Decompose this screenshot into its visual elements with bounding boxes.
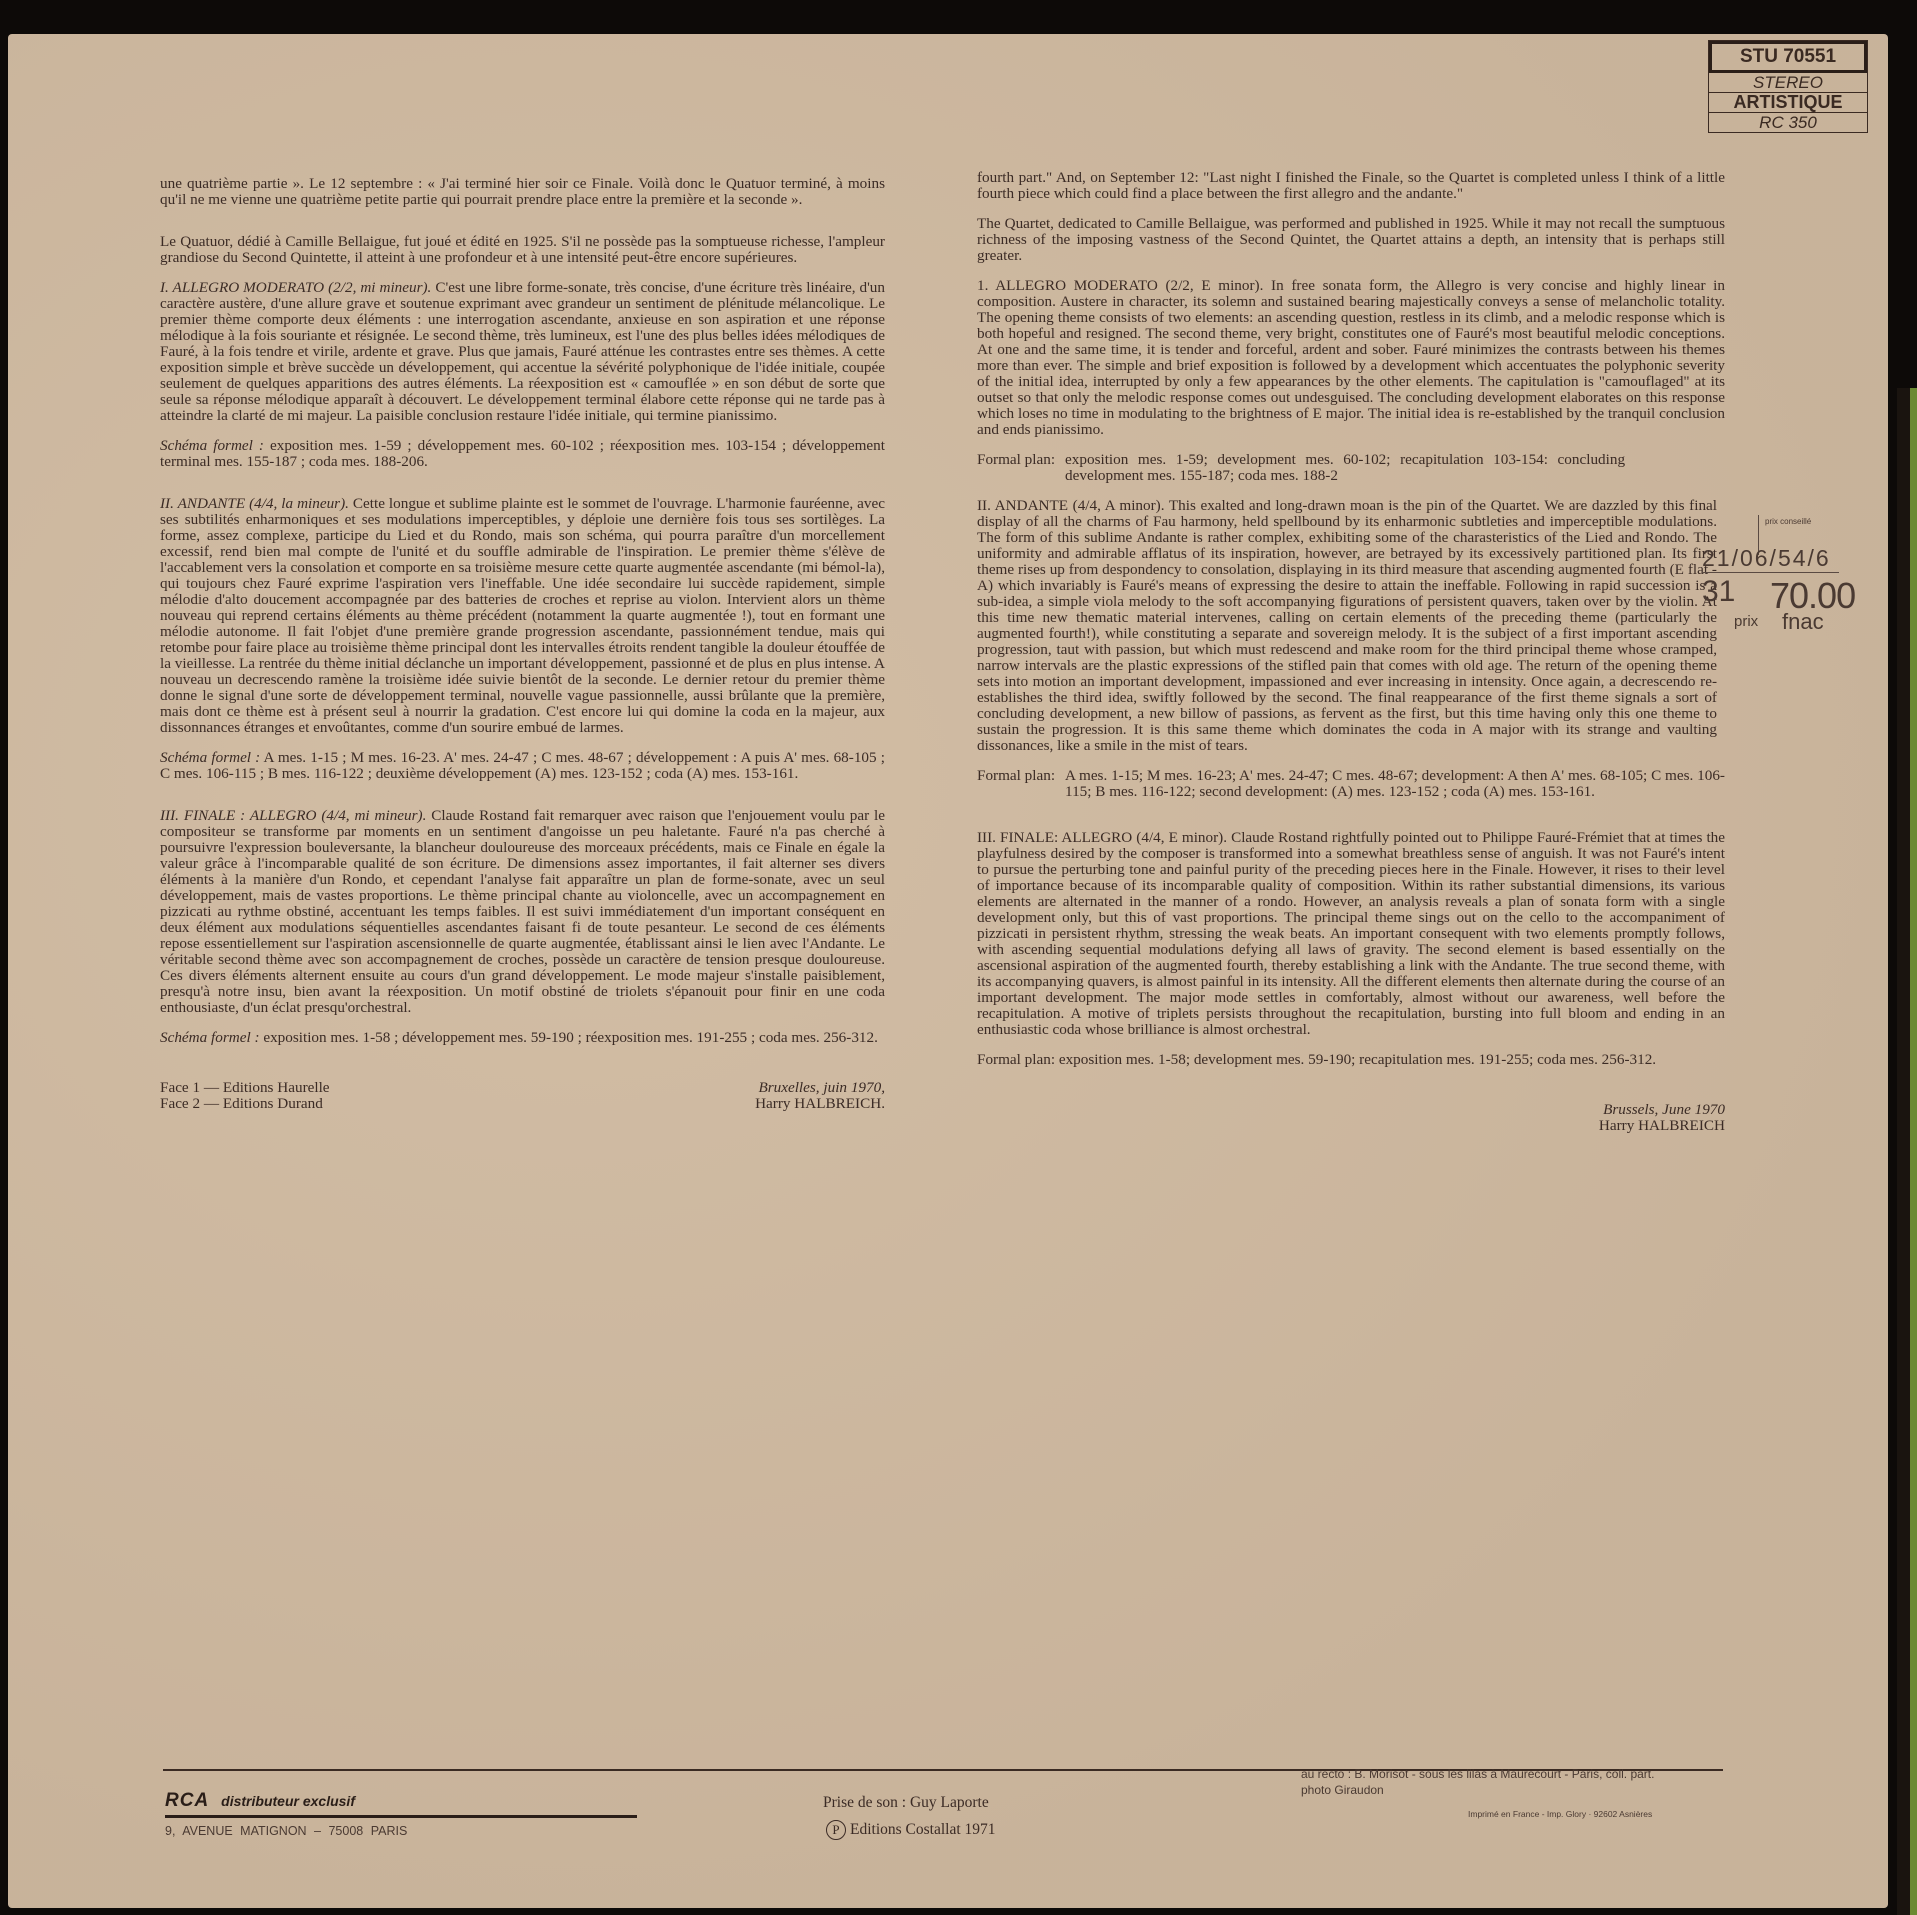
fr-intro-1: une quatrième partie ». Le 12 septembre … xyxy=(160,176,885,208)
fr-mvt3-schema: Schéma formel : exposition mes. 1-58 ; d… xyxy=(160,1030,885,1046)
rca-logo: RCA xyxy=(165,1790,209,1811)
en-mvt1-plan: Formal plan: exposition mes. 1-59; devel… xyxy=(977,452,1725,484)
fr-mvt3-text: Claude Rostand fait remarquer avec raiso… xyxy=(160,807,885,1016)
rca-address: 9, AVENUE MATIGNON – 75008 PARIS xyxy=(165,1824,637,1838)
publisher-credit: P Editions Costallat 1971 xyxy=(826,1820,996,1840)
publisher-name: Editions Costallat 1971 xyxy=(850,1821,996,1839)
fr-mvt1-schema: Schéma formel : exposition mes. 1-59 ; d… xyxy=(160,438,885,470)
fr-mvt2-text: Cette longue et sublime plainte est le s… xyxy=(160,495,885,736)
en-mvt1-text: In free sonata form, the Allegro is very… xyxy=(977,277,1725,438)
en-mvt1: 1. ALLEGRO MODERATO (2/2, E minor). In f… xyxy=(977,278,1725,438)
fr-mvt2: II. ANDANTE (4/4, la mineur). Cette long… xyxy=(160,496,885,736)
series-code: RC 350 xyxy=(1709,112,1867,132)
phonogram-icon: P xyxy=(826,1820,846,1840)
en-mvt3-plan: Formal plan: exposition mes. 1-58; devel… xyxy=(977,1052,1725,1068)
fr-place-date: Bruxelles, juin 1970, xyxy=(755,1080,885,1096)
en-place-date: Brussels, June 1970 xyxy=(977,1102,1725,1118)
fr-mvt3-heading: III. FINALE : ALLEGRO (4/4, mi mineur). xyxy=(160,807,426,824)
fnac-logo: fnac xyxy=(1782,609,1824,635)
catalog-box: STU 70551 STEREO ARTISTIQUE RC 350 xyxy=(1708,40,1868,133)
label-name: ARTISTIQUE xyxy=(1709,92,1867,112)
printer-credit: Imprimé en France - Imp. Glory · 92602 A… xyxy=(1468,1809,1652,1819)
en-mvt2: II. ANDANTE (4/4, A minor). This exalted… xyxy=(977,498,1717,754)
sticker-prix-label: prix xyxy=(1734,613,1758,630)
cover-credit: au recto : B. Morisot - sous les lilas à… xyxy=(1301,1766,1654,1798)
en-mvt3: III. FINALE: ALLEGRO (4/4, E minor). Cla… xyxy=(977,830,1725,1038)
en-signature-block: Brussels, June 1970 Harry HALBREICH xyxy=(977,1102,1725,1134)
french-notes-column: une quatrième partie ». Le 12 septembre … xyxy=(160,176,885,1112)
face-1-credit: Face 1 — Editions Haurelle xyxy=(160,1080,330,1096)
fr-mvt1: I. ALLEGRO MODERATO (2/2, mi mineur). C'… xyxy=(160,280,885,424)
en-mvt1-heading: 1. ALLEGRO MODERATO (2/2, E minor). xyxy=(977,277,1263,294)
english-notes-column: fourth part." And, on September 12: "Las… xyxy=(977,170,1725,1134)
recording-credit: Prise de son : Guy Laporte xyxy=(823,1794,989,1812)
en-mvt3-text: Claude Rostand rightfully pointed out to… xyxy=(977,829,1725,1038)
en-intro-1: fourth part." And, on September 12: "Las… xyxy=(977,170,1725,202)
sticker-date-code: 21/06/54/6 xyxy=(1702,545,1839,573)
sticker-code: 31 xyxy=(1702,575,1735,609)
fr-mvt2-heading: II. ANDANTE (4/4, la mineur). xyxy=(160,495,349,512)
fr-intro-2: Le Quatuor, dédié à Camille Bellaigue, f… xyxy=(160,234,885,266)
en-mvt2-text: This exalted and long-drawn moan is the … xyxy=(977,497,1717,754)
fr-mvt2-schema: Schéma formel : A mes. 1-15 ; M mes. 16-… xyxy=(160,750,885,782)
en-mvt2-plan: Formal plan: A mes. 1-15; M mes. 16-23; … xyxy=(977,768,1725,800)
rca-tagline: distributeur exclusif xyxy=(221,1793,355,1809)
sleeve-spine-green xyxy=(1910,388,1917,1915)
sticker-label-top: prix conseillé xyxy=(1765,517,1811,526)
rca-distributor-block: RCAdistributeur exclusif 9, AVENUE MATIG… xyxy=(165,1790,637,1838)
face-2-credit: Face 2 — Editions Durand xyxy=(160,1096,330,1112)
catalog-number: STU 70551 xyxy=(1709,41,1867,73)
price-sticker: prix conseillé 21/06/54/6 31 70.00 prix … xyxy=(1690,515,1860,635)
en-intro-2: The Quartet, dedicated to Camille Bellai… xyxy=(977,216,1725,264)
format-label: STEREO xyxy=(1709,73,1867,92)
fr-author: Harry HALBREICH. xyxy=(755,1096,885,1112)
en-mvt2-heading: II. ANDANTE (4/4, A minor). xyxy=(977,497,1165,514)
fr-mvt1-text: C'est une libre forme-sonate, très conci… xyxy=(160,279,885,424)
fr-signature-block: Face 1 — Editions Haurelle Face 2 — Edit… xyxy=(160,1080,885,1112)
fr-mvt1-heading: I. ALLEGRO MODERATO (2/2, mi mineur). xyxy=(160,279,431,296)
en-author: Harry HALBREICH xyxy=(977,1118,1725,1134)
en-mvt3-heading: III. FINALE: ALLEGRO (4/4, E minor). xyxy=(977,829,1227,846)
fr-mvt3: III. FINALE : ALLEGRO (4/4, mi mineur). … xyxy=(160,808,885,1016)
rca-underline xyxy=(165,1815,637,1818)
sleeve-spine-shadow xyxy=(1897,388,1911,1915)
